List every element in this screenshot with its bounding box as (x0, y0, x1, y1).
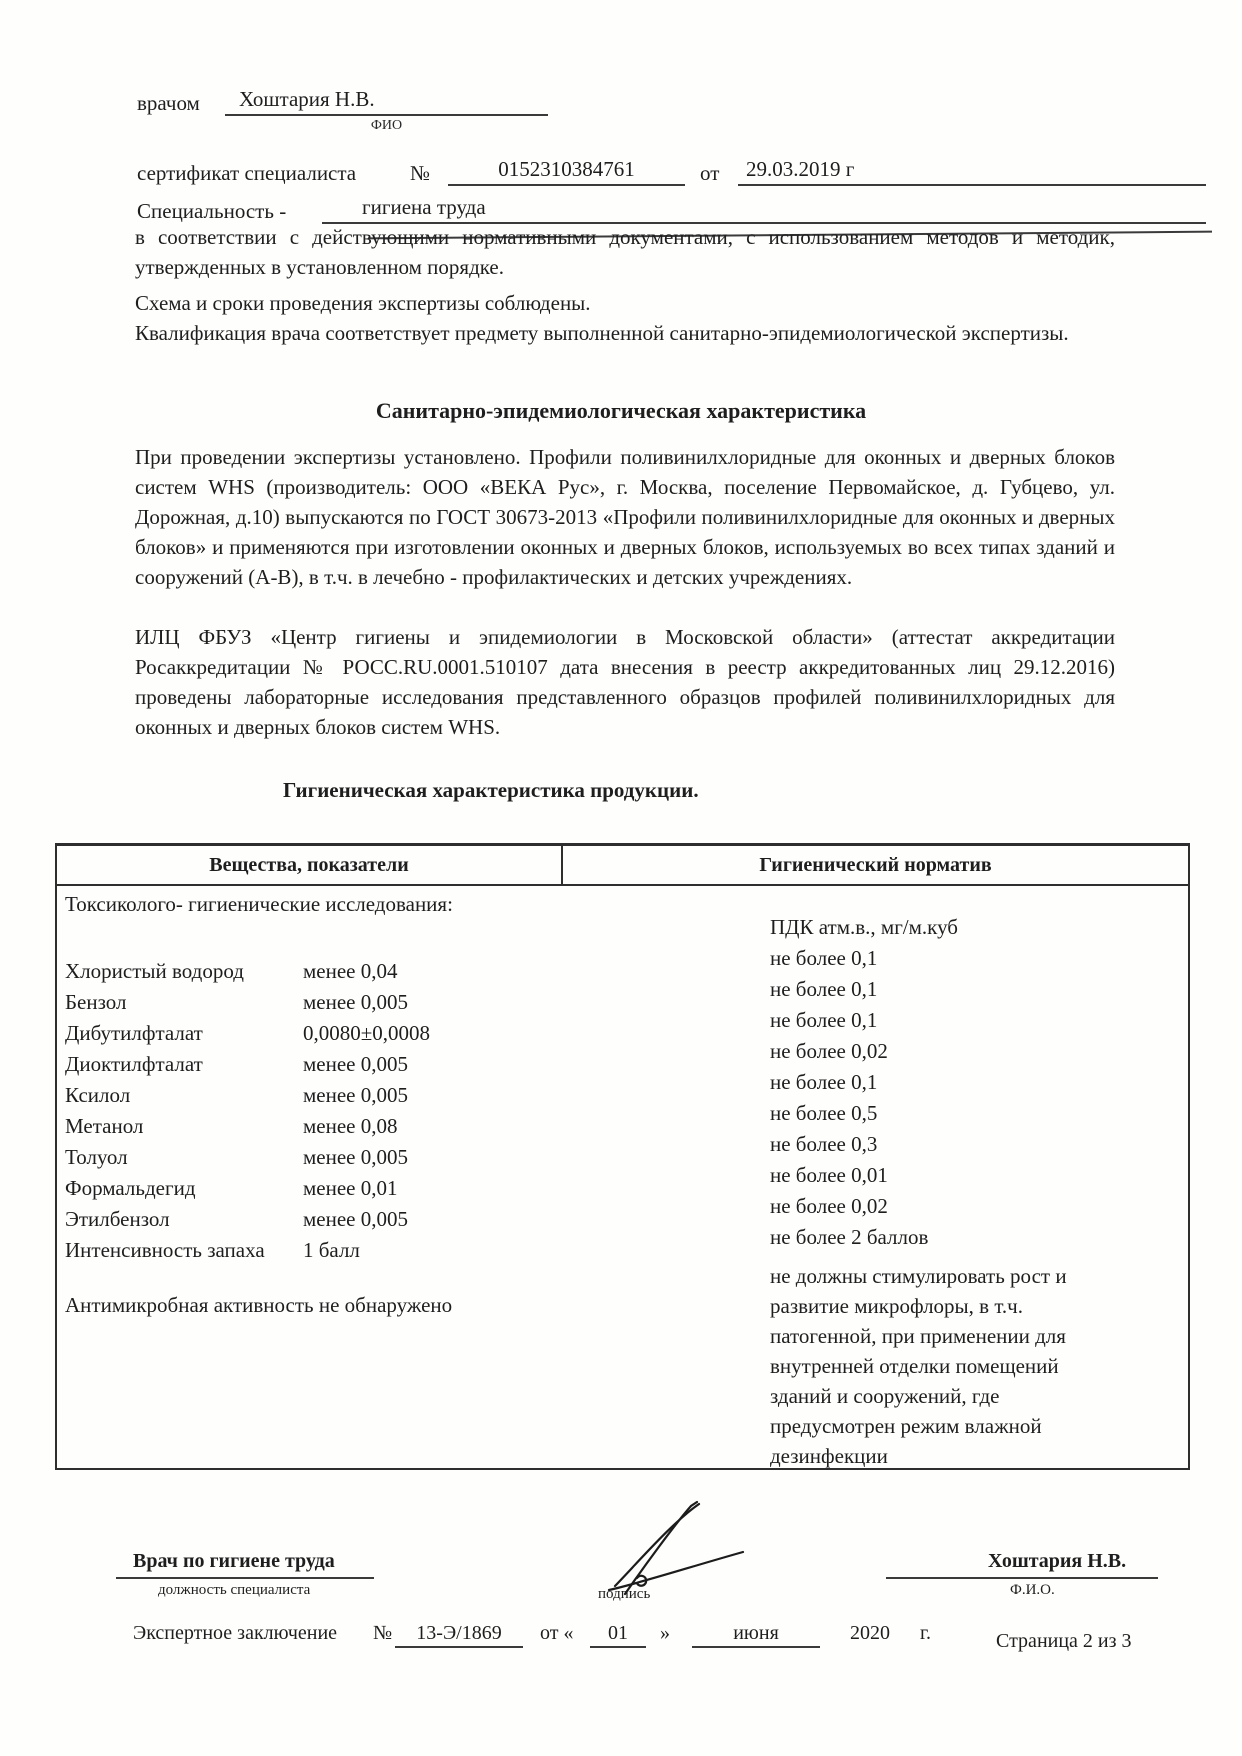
conclusion-month-field: июня (692, 1620, 820, 1648)
table-title: Гигиеническая характеристика продукции. (283, 778, 699, 803)
footer-label: Экспертное заключение (133, 1620, 337, 1646)
doctor-name: Хоштария Н.В. (225, 84, 375, 114)
certificate-number-sign: № (410, 158, 430, 188)
characteristics-table: Вещества, показатели Гигиенический норма… (55, 843, 1190, 1470)
table-row: Хлористый водородменее 0,04 (65, 956, 561, 987)
conclusion-year: 2020 (850, 1620, 890, 1646)
qualification-paragraph: Квалификация врача соответствует предмет… (135, 318, 1115, 348)
norm-rows: не более 0,1не более 0,1не более 0,1не б… (770, 943, 1188, 1253)
table-row: Интенсивность запаха1 балл (65, 1235, 561, 1266)
result-cell: менее 0,005 (303, 1080, 408, 1111)
position-caption: должность специалиста (158, 1582, 310, 1599)
substance-cell: Хлористый водород (65, 956, 303, 987)
substance-cell: Диоктилфталат (65, 1049, 303, 1080)
table-row: Дибутилфталат0,0080±0,0008 (65, 1018, 561, 1049)
norm-cell: не более 0,02 (770, 1036, 1188, 1067)
result-cell: менее 0,005 (303, 1142, 408, 1173)
result-cell: менее 0,005 (303, 1204, 408, 1235)
table-header-row: Вещества, показатели Гигиенический норма… (57, 846, 1188, 886)
footer-year-label: г. (920, 1620, 931, 1646)
footer-number-sign: № (373, 1620, 392, 1646)
result-cell: 0,0080±0,0008 (303, 1018, 430, 1049)
substance-cell: Бензол (65, 987, 303, 1018)
result-cell: менее 0,08 (303, 1111, 398, 1142)
norm-cell: не более 0,1 (770, 1067, 1188, 1098)
certificate-from-label: от (700, 158, 719, 188)
footer-from-label: от « (540, 1620, 573, 1646)
certificate-number: 0152310384761 (498, 157, 635, 181)
conclusion-day-field: 01 (590, 1620, 646, 1648)
substances-column: Токсиколого- гигиенические исследования:… (57, 886, 561, 1321)
table-row: Этилбензолменее 0,005 (65, 1204, 561, 1235)
name-caption: Ф.И.О. (1010, 1582, 1055, 1599)
fio-caption: ФИО (225, 118, 548, 134)
substance-cell: Интенсивность запаха (65, 1235, 303, 1266)
certificate-date: 29.03.2019 г (738, 154, 854, 184)
norm-cell: не более 0,3 (770, 1129, 1188, 1160)
result-cell: менее 0,005 (303, 987, 408, 1018)
finding-paragraph: При проведении экспертизы установлено. П… (135, 442, 1115, 592)
position-underline (116, 1577, 374, 1579)
table-header-substances: Вещества, показатели (57, 846, 563, 884)
norm-units-header: ПДК атм.в., мг/м.куб (770, 912, 1188, 943)
norm-cell: не более 0,1 (770, 1005, 1188, 1036)
substance-cell: Этилбензол (65, 1204, 303, 1235)
signature-caption: подпись (598, 1586, 650, 1603)
conclusion-number-field: 13-Э/1869 (395, 1620, 523, 1648)
scanned-document-page: врачом Хоштария Н.В. ФИО сертификат спец… (0, 0, 1242, 1756)
table-row: Метанолменее 0,08 (65, 1111, 561, 1142)
substance-cell: Ксилол (65, 1080, 303, 1111)
table-row: Ксилолменее 0,005 (65, 1080, 561, 1111)
toxicology-section-row: Токсиколого- гигиенические исследования: (65, 890, 561, 918)
specialty-value: гигиена труда (322, 192, 486, 222)
schedule-paragraph: Схема и сроки проведения экспертизы собл… (135, 288, 1115, 318)
compliance-paragraph: в соответствии с действующими нормативны… (135, 222, 1115, 282)
section-title: Санитарно-эпидемиологическая характерист… (131, 398, 1111, 424)
norm-cell: не более 0,1 (770, 974, 1188, 1005)
table-row: Толуолменее 0,005 (65, 1142, 561, 1173)
antimicrobial-norm: не должны стимулировать рост и развитие … (770, 1261, 1105, 1471)
substance-cell: Формальдегид (65, 1173, 303, 1204)
substance-rows: Хлористый водородменее 0,04Бензолменее 0… (65, 956, 561, 1266)
table-header-norms: Гигиенический норматив (563, 854, 1188, 877)
norm-cell: не более 0,02 (770, 1191, 1188, 1222)
table-body: Токсиколого- гигиенические исследования:… (57, 886, 1188, 1471)
substance-cell: Метанол (65, 1111, 303, 1142)
norm-cell: не более 2 баллов (770, 1222, 1188, 1253)
certificate-label: сертификат специалиста (137, 158, 356, 188)
result-cell: менее 0,04 (303, 956, 398, 987)
result-cell: 1 балл (303, 1235, 360, 1266)
antimicrobial-row: Антимикробная активность не обнаружено (65, 1290, 561, 1321)
signatory-name: Хоштария Н.В. (988, 1550, 1126, 1573)
norms-column: ПДК атм.в., мг/м.куб не более 0,1не боле… (561, 886, 1188, 1471)
table-row: Формальдегидменее 0,01 (65, 1173, 561, 1204)
lab-paragraph: ИЛЦ ФБУЗ «Центр гигиены и эпидемиологии … (135, 622, 1115, 742)
substance-cell: Толуол (65, 1142, 303, 1173)
page-indicator: Страница 2 из 3 (996, 1628, 1132, 1654)
result-cell: менее 0,01 (303, 1173, 398, 1204)
result-cell: менее 0,005 (303, 1049, 408, 1080)
table-row: Диоктилфталатменее 0,005 (65, 1049, 561, 1080)
signatory-position: Врач по гигиене труда (133, 1550, 335, 1573)
substance-cell: Дибутилфталат (65, 1018, 303, 1049)
norm-cell: не более 0,01 (770, 1160, 1188, 1191)
footer-closing-quote: » (660, 1620, 670, 1646)
norm-cell: не более 0,5 (770, 1098, 1188, 1129)
doctor-label: врачом (137, 88, 200, 118)
norm-cell: не более 0,1 (770, 943, 1188, 974)
name-underline (886, 1577, 1158, 1579)
table-row: Бензолменее 0,005 (65, 987, 561, 1018)
